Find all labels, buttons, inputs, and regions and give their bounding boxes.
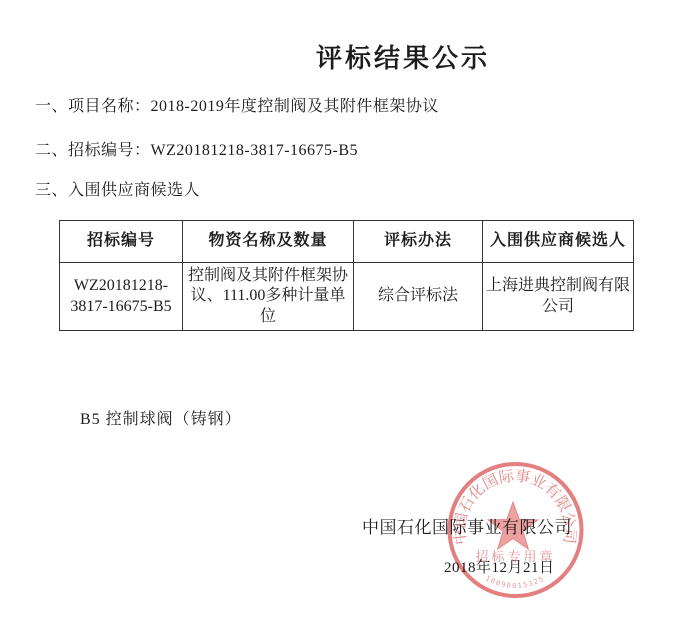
company-name: 中国石化国际事业有限公司	[362, 513, 572, 538]
project-name-line: 一、项目名称：2018-2019年度控制阀及其附件框架协议	[35, 93, 439, 116]
col-header-tender-no: 招标编号	[60, 221, 183, 263]
item-note: B5 控制球阀（铸钢）	[80, 406, 242, 429]
cell-candidate: 上海进典控制阀有限公司	[483, 263, 634, 331]
bid-result-table: 招标编号 物资名称及数量 评标办法 入围供应商候选人 WZ20181218-38…	[59, 220, 634, 331]
tender-number-line: 二、招标编号：WZ20181218-3817-16675-B5	[35, 137, 358, 160]
cell-materials: 控制阀及其附件框架协议、111.00多种计量单位	[183, 263, 354, 331]
cell-tender-no: WZ20181218-3817-16675-B5	[60, 263, 183, 331]
cell-method: 综合评标法	[354, 263, 483, 331]
col-header-materials: 物资名称及数量	[183, 221, 354, 263]
col-header-method: 评标办法	[354, 221, 483, 263]
col-header-candidate: 入围供应商候选人	[483, 221, 634, 263]
table-header-row: 招标编号 物资名称及数量 评标办法 入围供应商候选人	[60, 221, 634, 263]
shortlist-heading: 三、入围供应商候选人	[35, 177, 200, 200]
document-page: 评标结果公示 一、项目名称：2018-2019年度控制阀及其附件框架协议 二、招…	[0, 0, 685, 637]
page-title: 评标结果公示	[316, 38, 490, 75]
issue-date: 2018年12月21日	[444, 556, 555, 577]
table-row: WZ20181218-3817-16675-B5 控制阀及其附件框架协议、111…	[60, 263, 634, 331]
